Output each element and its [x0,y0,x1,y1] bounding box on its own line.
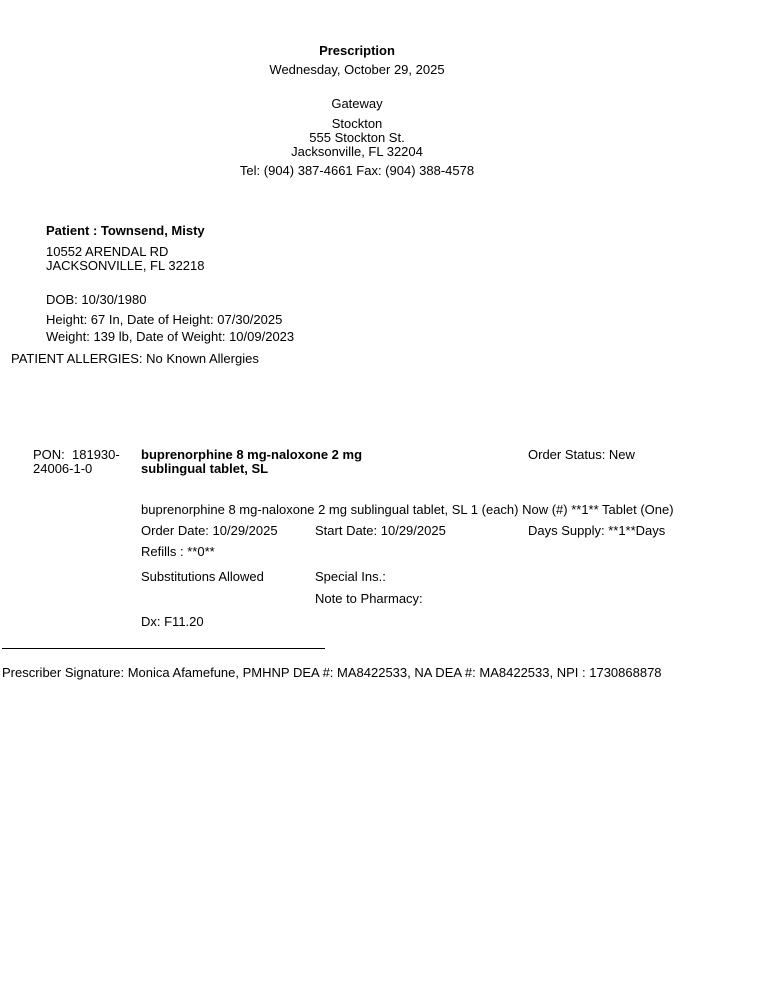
order-drug-name: buprenorphine 8 mg-naloxone 2 mg subling… [141,448,393,476]
patient-name: Patient : Townsend, Misty [46,224,205,238]
order-pon-line2: 24006-1-0 [33,462,120,476]
clinic-address: 555 Stockton St. [0,131,714,145]
patient-allergies: PATIENT ALLERGIES: No Known Allergies [11,352,259,366]
order-pon-line1: PON: 181930- [33,448,120,462]
patient-address-line2: JACKSONVILLE, FL 32218 [46,259,205,273]
order-pon: PON: 181930-24006-1-0 [33,448,120,476]
document-date: Wednesday, October 29, 2025 [0,63,714,77]
clinic-organization: Gateway [0,97,714,111]
order-refills: Refills : **0** [141,545,215,559]
order-days-supply: Days Supply: **1**Days [528,524,665,538]
clinic-city-state-zip: Jacksonville, FL 32204 [0,145,714,159]
order-note-to-pharmacy: Note to Pharmacy: [315,592,423,606]
page-title: Prescription [0,44,714,58]
patient-address: 10552 ARENDAL RDJACKSONVILLE, FL 32218 [46,245,205,273]
order-substitutions: Substitutions Allowed [141,570,264,584]
patient-address-line1: 10552 ARENDAL RD [46,245,205,259]
signature-line [2,648,325,649]
order-start-date: Start Date: 10/29/2025 [315,524,446,538]
order-date: Order Date: 10/29/2025 [141,524,278,538]
order-special-instructions: Special Ins.: [315,570,386,584]
order-status: Order Status: New [528,448,635,462]
order-sig-description: buprenorphine 8 mg-naloxone 2 mg subling… [141,503,674,517]
prescription-document: Prescription Wednesday, October 29, 2025… [0,0,768,1008]
patient-weight: Weight: 139 lb, Date of Weight: 10/09/20… [46,330,294,344]
prescriber-signature: Prescriber Signature: Monica Afamefune, … [2,666,662,680]
order-diagnosis: Dx: F11.20 [141,615,204,629]
patient-dob: DOB: 10/30/1980 [46,293,146,307]
clinic-site: Stockton [0,117,714,131]
patient-height: Height: 67 In, Date of Height: 07/30/202… [46,313,282,327]
clinic-phone-fax: Tel: (904) 387-4661 Fax: (904) 388-4578 [0,164,714,178]
